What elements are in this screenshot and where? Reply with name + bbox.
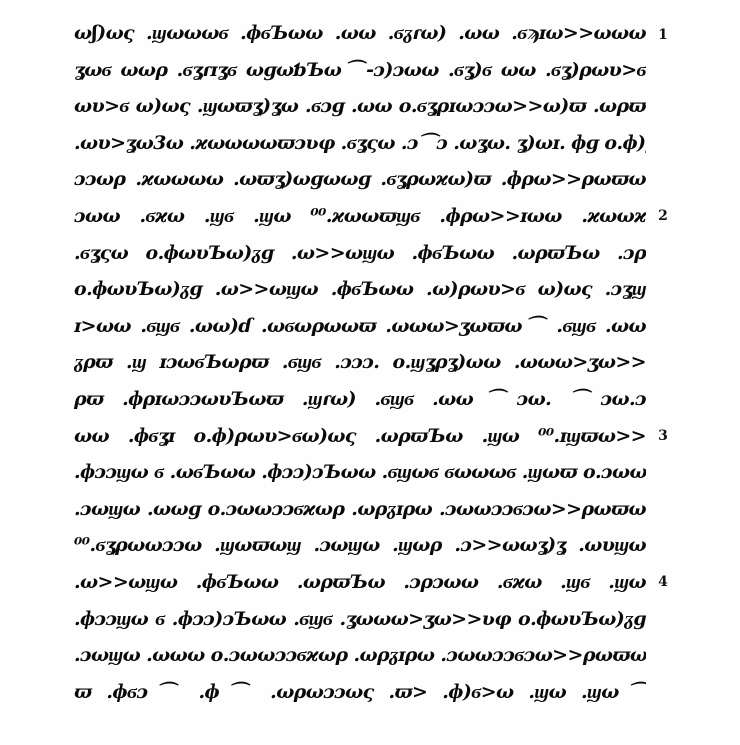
text-line-16: .ω>>ωϣω .ɸϭЪωω .ωρϖЪω .ɔρɔωω .ϭϰω .ϣϭ .ϣ… — [74, 567, 646, 597]
text-line-17: .ɸɔɔϣω ϭ .ɸɔɔ)ɔЪωω .ϭϣϭ .ʓωωω>ʒω>>ʋφ ο.ɸ… — [74, 604, 646, 634]
text-line-13: .ɸɔɔϣω ϭ .ωϭЪωω .ɸɔɔ)ɔЪωω .ϭϣωϭ ϭωωωϭ .ϣ… — [74, 457, 646, 487]
text-line-9: ɪ>ωω .ϭϣϭ .ωω)ɗ .ωϭωρωωϖ .ωωω>ʒωϖω⌒ .ϭϣϭ… — [74, 311, 646, 341]
manuscript-page: ωʃ)ως .ϣωωωϭ .ɸϭЪωω .ωω .ϭᵹɾω) .ωω .ϭϡɪω… — [0, 0, 740, 745]
verse-number-2: 2 — [656, 201, 670, 231]
text-line-2: ʓωϭ ωωρ .ϭʓɾɪʓϭ ωɡωƅЪω⌒-ɔ)ɔωω .ϭʓ)ϭ ωω .… — [74, 55, 646, 85]
text-line-19: ϖ .ɸϭɔ⌒ .ɸ⌒ .ωρωɔɔως .ϖ> .ɸ)ϭ>ω .ϣω .ϣω⌒ — [74, 677, 646, 707]
text-line-18: .ɔωϣω .ωωω ο.ɔωωɔɔϭϰωρ .ωρᵹɪρω .ɔωωɔɔϭɔω… — [74, 640, 646, 670]
verse-number-4: 4 — [656, 567, 670, 597]
verse-number-3: 3 — [656, 421, 670, 451]
text-line-12: ωω .ɸϭʓɪ ο.ɸ)ρωυ>ϭω)ως .ωρϖЪω .ϣω ⁰⁰.ɪϣϖ… — [74, 421, 646, 451]
text-line-6: ɔωω .ϭϰω .ϣϭ .ϣω ⁰⁰.ϰωωϖϣϭ .ɸρω>>ɪωω .ϰω… — [74, 201, 646, 231]
text-line-15: ⁰⁰.ϭʓρωωɔɔω .ϣωϖωϣ .ɔωϣω .ϣωρ .ɔ>>ωωʓ)ʓ … — [74, 530, 646, 560]
text-line-14: .ɔωϣω .ωωɡ ο.ɔωωɔɔϭϰωρ .ωρᵹɪρω .ɔωωɔɔϭɔω… — [74, 494, 646, 524]
text-line-10: ᵹρϖ .ϣ ɪɔωϭЪωρϖ .ϭϣϭ .ɔɔɔ. ο.ϣʓρʓ)ωω .ωω… — [74, 347, 646, 377]
verse-number-1: 1 — [656, 20, 670, 50]
text-line-3: ωυ>ϭ ω)ως .ϣωϖʓ)ʓω .ϭɔɡ .ωω ο.ϭʓρɪωɔɔω>>… — [74, 91, 646, 121]
text-line-7: .ϭʓςω ο.ɸωυЪω)ᵹɡ .ω>>ωϣω .ɸϭЪωω .ωρϖЪω .… — [74, 238, 646, 268]
text-line-1: ωʃ)ως .ϣωωωϭ .ɸϭЪωω .ωω .ϭᵹɾω) .ωω .ϭϡɪω… — [74, 18, 646, 48]
text-line-11: ρϖ .ɸρɪωɔɔωυЪωϖ .ϣɾω) .ϭϣϭ .ωω⌒ɔω. ⌒ɔω.ɔ — [74, 384, 646, 414]
text-line-4: .ωυ>ʓω3ω .ϰωωωωϖɔʋφ .ϭʓςω .ɔ⌒ɔ .ωʓω. ʓ)ω… — [74, 128, 646, 158]
text-line-8: ο.ɸωυЪω)ᵹɡ .ω>>ωϣω .ɸϭЪωω .ω)ρωυ>ϭ ω)ως … — [74, 274, 646, 304]
text-line-5: ɔɔωρ .ϰωωωω .ωϖʓ)ωɡωωɡ .ϭʓρωϰω)ϖ .ɸρω>>ρ… — [74, 164, 646, 194]
